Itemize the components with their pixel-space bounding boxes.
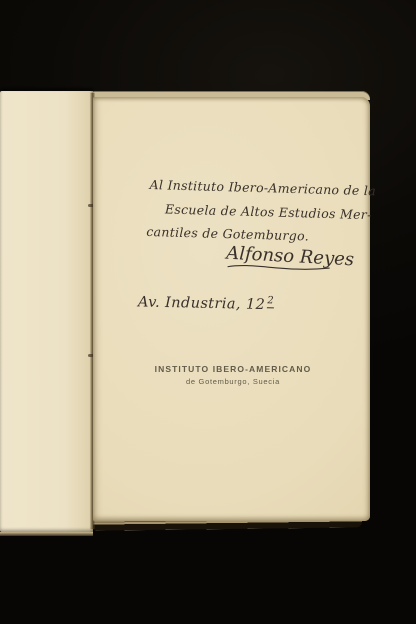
library-stamp: INSTITUTO IBERO-AMERICANO de Gotemburgo,… <box>143 364 323 386</box>
stamp-line-1: INSTITUTO IBERO-AMERICANO <box>143 364 323 374</box>
left-page <box>0 91 93 532</box>
photo-background: Al Instituto Ibero-Americano de la Escue… <box>0 0 416 624</box>
stamp-line-2: de Gotemburgo, Suecia <box>143 377 323 386</box>
inscription: Al Instituto Ibero-Americano de la Escue… <box>148 173 365 249</box>
address-text: Av. Industria, 12 <box>138 294 266 313</box>
address-superscript: 2 <box>267 295 274 308</box>
right-page: Al Instituto Ibero-Americano de la Escue… <box>93 97 370 521</box>
address-line: Av. Industria, 122 <box>138 290 274 315</box>
signature: Alfonso Reyes <box>225 244 354 277</box>
book: Al Instituto Ibero-Americano de la Escue… <box>0 0 416 624</box>
